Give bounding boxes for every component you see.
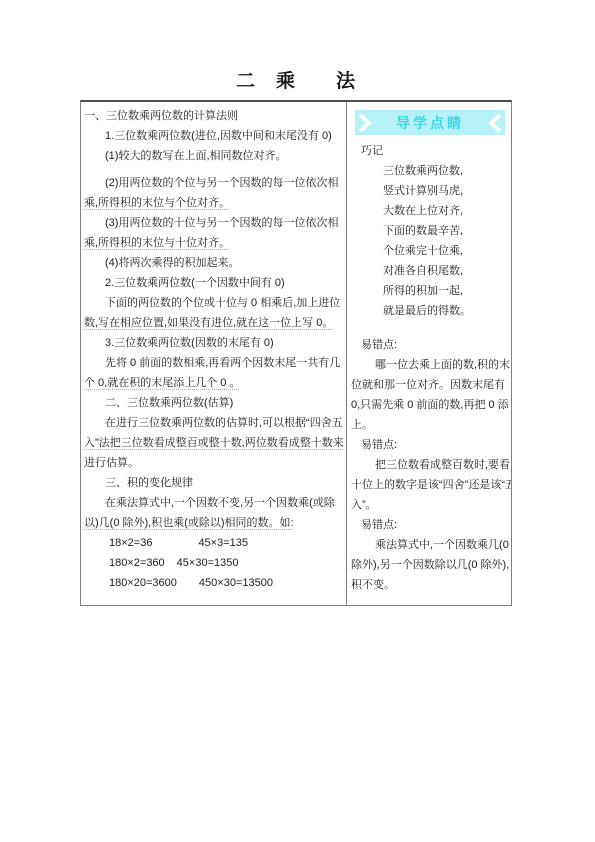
equation: 18×2=36	[109, 533, 152, 553]
text-line: 除外),另一个因数除以几(0 除外),	[347, 555, 511, 575]
text-line: (4)将两次乘得的积加起来。	[81, 253, 346, 273]
tip-heading: 巧记	[347, 141, 511, 161]
equation-row: 180×20=3600 450×30=13500	[81, 573, 346, 593]
text-line: 以)几(0 除外),积也乘(或除以)相同的数。如:	[81, 513, 346, 533]
section-heading: 一、三位数乘两位数的计算法则	[81, 106, 346, 126]
chevron-left-icon	[488, 113, 503, 133]
text-line: 位就和那一位对齐。因数末尾有	[347, 375, 511, 395]
text-line: 上。	[347, 415, 511, 435]
poem-line: 所得的积加一起,	[347, 281, 511, 301]
text-line: 把三位数看成整百数时,要看	[347, 455, 511, 475]
text-line: 1.三位数乘两位数(进位,因数中间和末尾没有 0)	[81, 126, 346, 146]
text-line: 入”。	[347, 495, 511, 515]
text-line: 十位上的数字是该“四舍”还是该“五	[347, 475, 511, 495]
text-line: 乘法算式中,一个因数乘几(0	[347, 535, 511, 555]
text-line: (2)用两位数的个位与另一个因数的每一位依次相	[81, 173, 346, 193]
text-line: 2.三位数乘两位数(一个因数中间有 0)	[81, 273, 346, 293]
guide-banner: 导学点睛	[355, 110, 505, 135]
equation: 180×20=3600	[109, 573, 177, 593]
section-heading: 三、积的变化规律	[81, 473, 346, 493]
equation: 450×30=13500	[199, 573, 273, 593]
guide-banner-title: 导学点睛	[396, 113, 464, 133]
text-line: 先将 0 前面的数相乘,再看两个因数末尾一共有几	[81, 353, 346, 373]
poem-line: 就是最后的得数。	[347, 301, 511, 321]
section-heading: 二、三位数乘两位数(估算)	[81, 393, 346, 413]
text-line: 乘,所得积的末位与个位对齐。	[81, 193, 346, 213]
text-line: 个 0,就在积的末尾添上几个 0 。	[81, 373, 346, 393]
text-line: 积不变。	[347, 575, 511, 595]
text-line: 乘,所得积的末位与十位对齐。	[81, 233, 346, 253]
text-line: 哪一位去乘上面的数,积的末	[347, 355, 511, 375]
poem-line: 三位数乘两位数,	[347, 161, 511, 181]
text-line: 0,只需先乘 0 前面的数,再把 0 添	[347, 395, 511, 415]
text-line: 入”法把三位数看成整百或整十数,两位数看成整十数来	[81, 433, 346, 453]
text-line: (3)用两位数的十位与另一个因数的每一位依次相	[81, 213, 346, 233]
left-column: 一、三位数乘两位数的计算法则 1.三位数乘两位数(进位,因数中间和末尾没有 0)…	[81, 102, 347, 605]
equation: 180×2=360	[109, 553, 165, 573]
text-line: 数,写在相应位置,如果没有进位,就在这一位上写 0。	[81, 313, 346, 333]
equation: 45×30=1350	[177, 553, 239, 573]
equation-row: 18×2=36 45×3=135	[81, 533, 346, 553]
text-line: (1)较大的数写在上面,相同数位对齐。	[81, 146, 346, 166]
chevron-right-icon	[357, 113, 372, 133]
text-line: 在乘法算式中,一个因数不变,另一个因数乘(或除	[81, 493, 346, 513]
text-line: 3.三位数乘两位数(因数的末尾有 0)	[81, 333, 346, 353]
poem-line: 个位乘完十位乘,	[347, 241, 511, 261]
text-line: 下面的两位数的个位或十位与 0 相乘后,加上进位	[81, 293, 346, 313]
equation-row: 180×2=360 45×30=1350	[81, 553, 346, 573]
text-line: 在进行三位数乘两位数的估算时,可以根据“四舍五	[81, 413, 346, 433]
text-line: 进行估算。	[81, 453, 346, 473]
equation: 45×3=135	[198, 533, 248, 553]
poem-line: 对准各自积尾数,	[347, 261, 511, 281]
page-title: 二 乘 法	[80, 66, 512, 93]
right-column: 导学点睛 巧记 三位数乘两位数, 竖式计算别马虎, 大数在上位对齐, 下面的数最…	[347, 102, 511, 605]
pitfall-heading: 易错点:	[347, 335, 511, 355]
pitfall-heading: 易错点:	[347, 435, 511, 455]
poem-line: 下面的数最辛苦,	[347, 221, 511, 241]
poem-line: 大数在上位对齐,	[347, 201, 511, 221]
poem-line: 竖式计算别马虎,	[347, 181, 511, 201]
pitfall-heading: 易错点:	[347, 515, 511, 535]
content-table: 一、三位数乘两位数的计算法则 1.三位数乘两位数(进位,因数中间和末尾没有 0)…	[80, 100, 512, 606]
